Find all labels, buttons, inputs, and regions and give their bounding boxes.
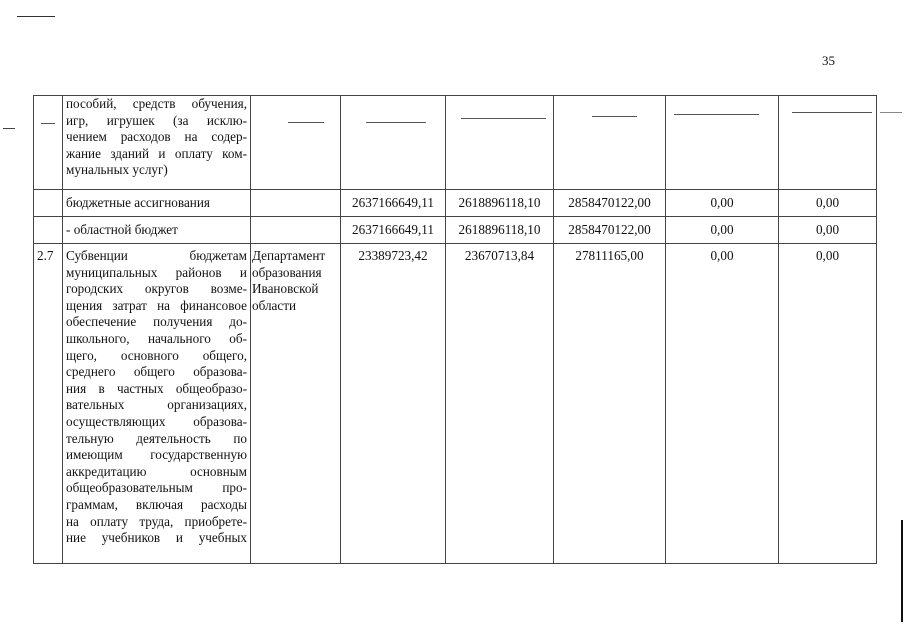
value-cell: 0,00 <box>666 190 779 217</box>
table-row: - областной бюджет 2637166649,11 2618896… <box>34 217 877 244</box>
item-name-cell: - областной бюджет <box>63 217 251 244</box>
executor-cell: Департамент образования Ивановской облас… <box>251 244 341 564</box>
budget-table: пособий, средств обучения, игр, игрушек … <box>33 95 877 564</box>
value-cell: 0,00 <box>779 190 877 217</box>
value-cell: 0,00 <box>666 217 779 244</box>
value-cell: 2637166649,11 <box>341 190 446 217</box>
item-name-cell: Субвенции бюджетам муниципальных районов… <box>63 244 251 564</box>
executor-cell <box>251 96 341 190</box>
page-number: 35 <box>822 53 835 69</box>
value-cell <box>341 96 446 190</box>
value-cell <box>666 96 779 190</box>
value-cell: 0,00 <box>779 244 877 564</box>
item-name-cell: пособий, средств обучения, игр, игрушек … <box>63 96 251 190</box>
value-cell: 2618896118,10 <box>446 190 554 217</box>
scan-edge-line <box>901 520 903 622</box>
executor-cell <box>251 190 341 217</box>
value-cell <box>446 96 554 190</box>
value-cell: 2858470122,00 <box>554 217 666 244</box>
row-number-cell <box>34 217 63 244</box>
row-number-cell <box>34 96 63 190</box>
table-row: пособий, средств обучения, игр, игрушек … <box>34 96 877 190</box>
value-cell: 0,00 <box>666 244 779 564</box>
value-cell: 2858470122,00 <box>554 190 666 217</box>
value-cell: 2637166649,11 <box>341 217 446 244</box>
margin-dash <box>3 128 15 129</box>
value-cell <box>779 96 877 190</box>
item-name-cell: бюджетные ассигнования <box>63 190 251 217</box>
value-cell: 23389723,42 <box>341 244 446 564</box>
value-cell <box>554 96 666 190</box>
table-row: бюджетные ассигнования 2637166649,11 261… <box>34 190 877 217</box>
value-cell: 2618896118,10 <box>446 217 554 244</box>
value-cell: 23670713,84 <box>446 244 554 564</box>
margin-dash <box>880 112 902 113</box>
executor-cell <box>251 217 341 244</box>
value-cell: 0,00 <box>779 217 877 244</box>
table-row: 2.7 Субвенции бюджетам муниципальных рай… <box>34 244 877 564</box>
row-number-cell: 2.7 <box>34 244 63 564</box>
scan-mark <box>17 16 55 17</box>
row-number-cell <box>34 190 63 217</box>
value-cell: 27811165,00 <box>554 244 666 564</box>
